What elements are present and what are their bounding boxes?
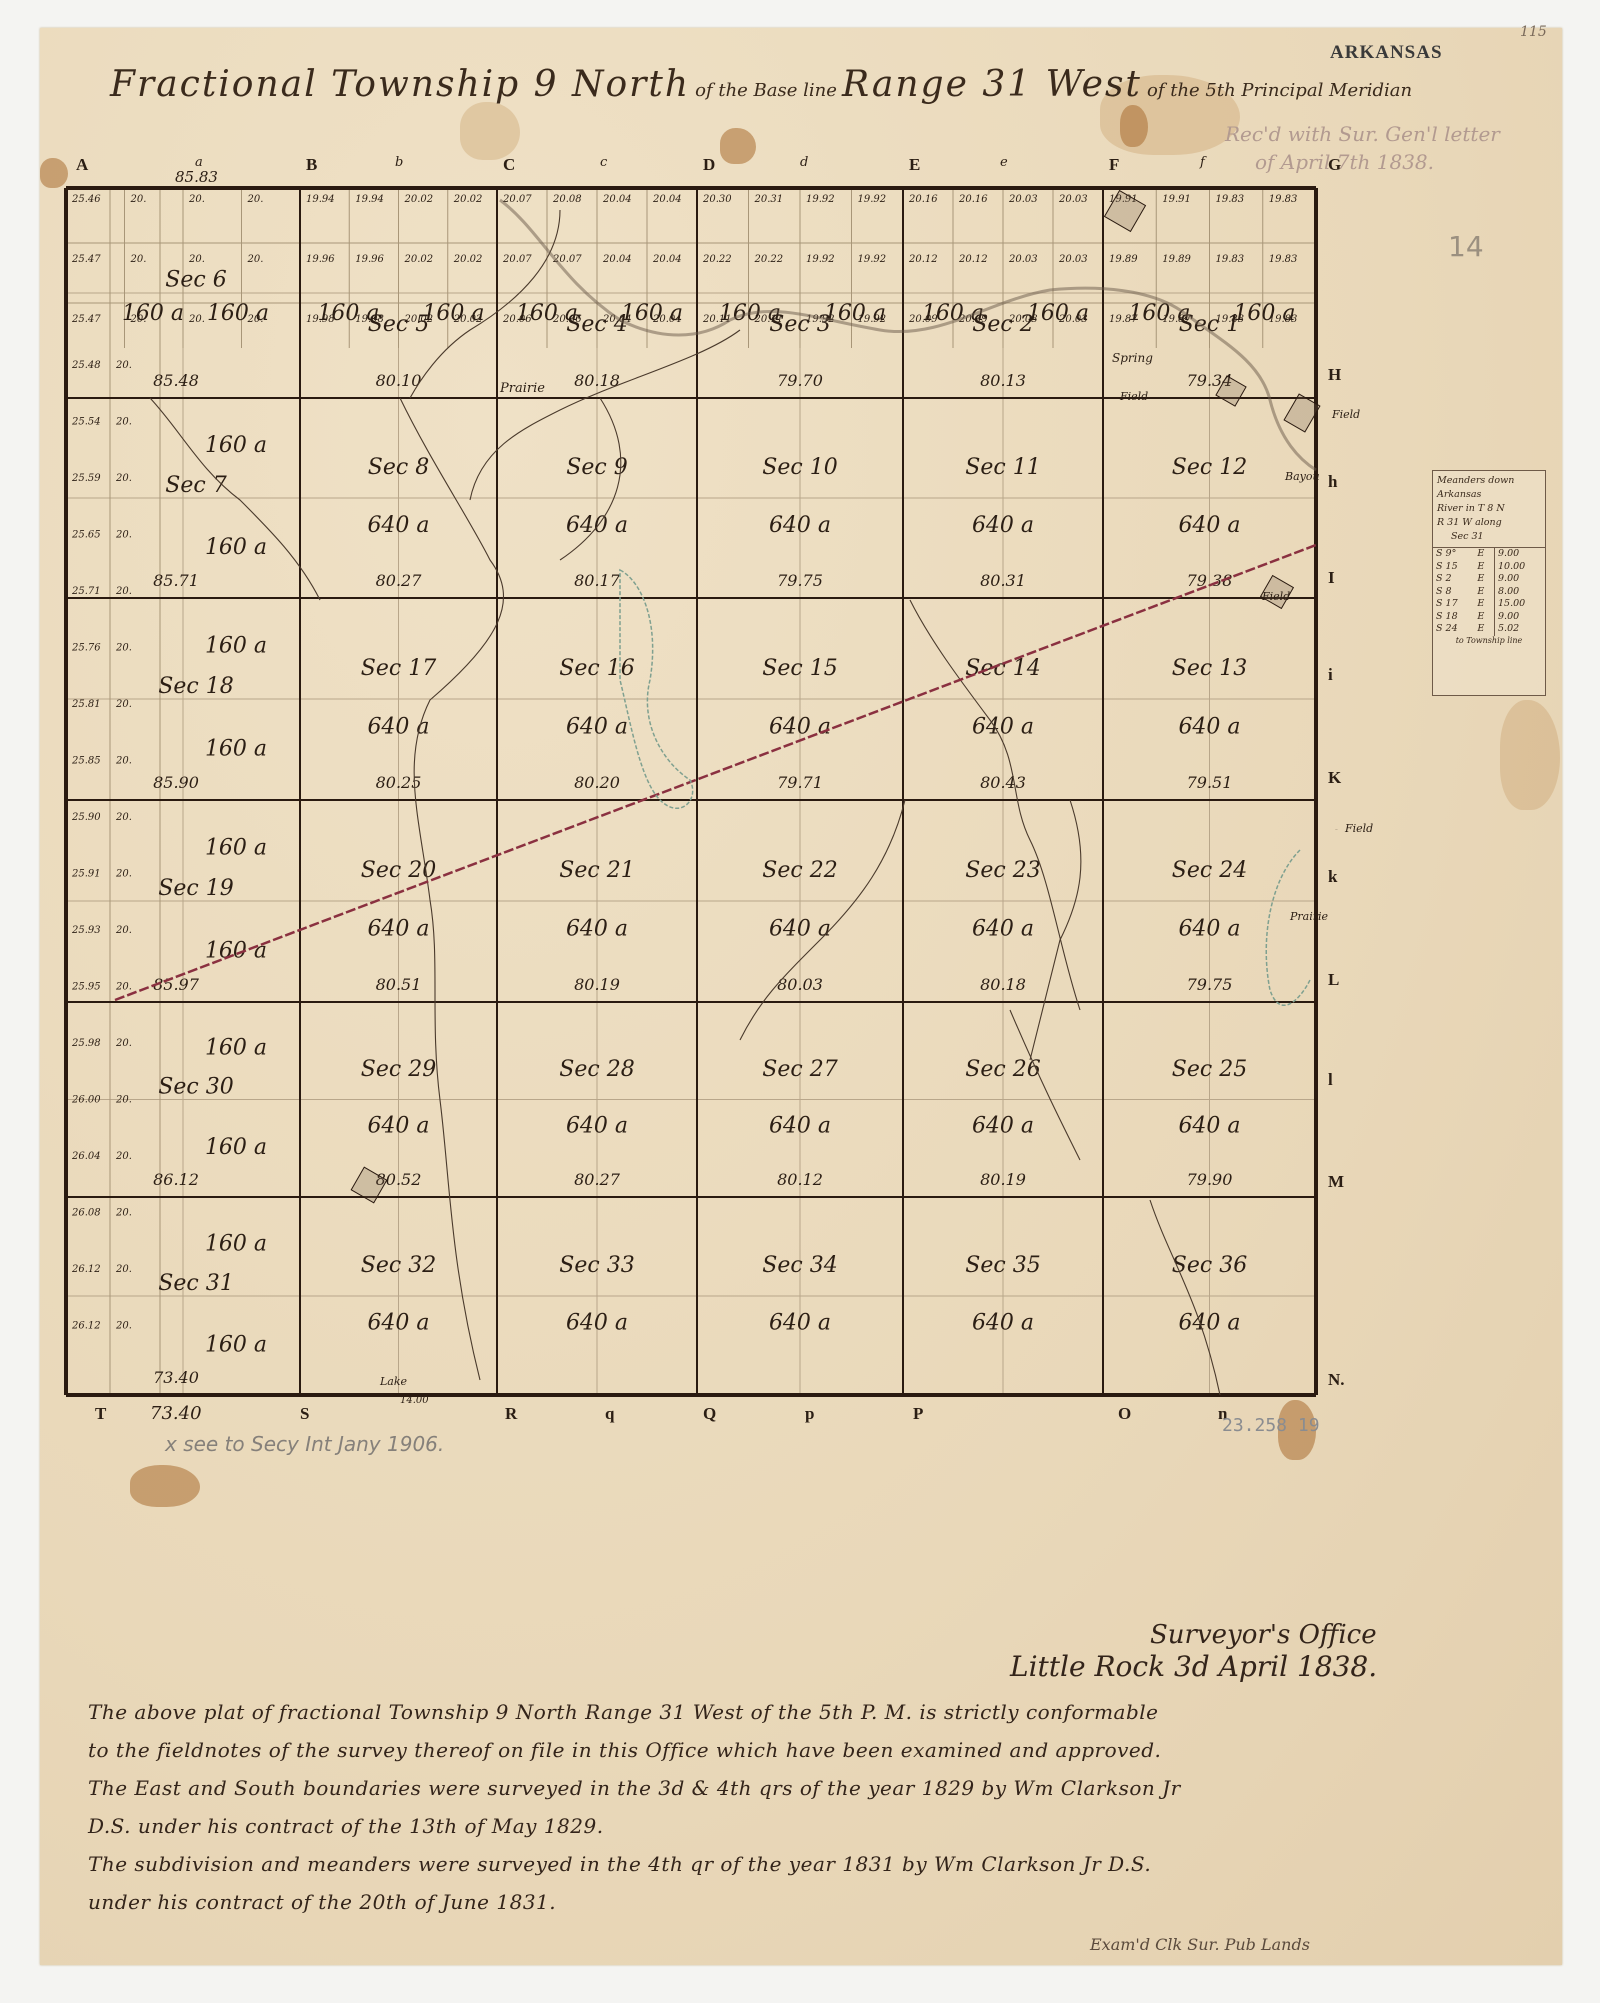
corner-label: D	[703, 155, 715, 174]
boundary-length: 85.83	[175, 168, 218, 186]
corner-label: G	[1328, 155, 1341, 174]
lot-area: 20.	[115, 473, 132, 484]
lot-area: 20.	[115, 360, 132, 371]
section-acres: 640 a	[1178, 916, 1240, 941]
section-number: Sec 29	[361, 1057, 436, 1082]
corner-label: O	[1118, 1404, 1131, 1423]
certificate-line: under his contract of the 20th of June 1…	[88, 1890, 556, 1914]
lot-area: 19.94	[306, 194, 335, 205]
lot-area: 20.04	[652, 194, 682, 205]
meander-dir: E	[1474, 623, 1494, 636]
lot-area: 20.	[130, 194, 147, 205]
lot-area: 20.07	[502, 254, 532, 265]
section-area: 80.19	[574, 975, 620, 994]
accession-number: 23.258 19	[1222, 1415, 1320, 1436]
meanders-table: Meanders down Arkansas River in T 8 N R …	[1432, 470, 1546, 696]
lot-area: 19.92	[858, 194, 887, 205]
meanders-header-line: Meanders down	[1437, 474, 1541, 488]
lot-area: 26.04	[71, 1151, 101, 1162]
corner-label: Q	[703, 1404, 716, 1423]
examiner-signature: Exam'd Clk Sur. Pub Lands	[1090, 1935, 1310, 1954]
lot-area: 20.	[115, 925, 132, 936]
section-area: 79.51	[1187, 773, 1233, 792]
lot-area: 25.59	[71, 473, 101, 484]
corner-label: i	[1328, 665, 1333, 684]
meanders-header-line: Sec 31	[1437, 530, 1541, 544]
lot-area: 20.	[247, 194, 264, 205]
section-area: 80.20	[574, 773, 620, 792]
section-number: Sec 35	[965, 1253, 1040, 1278]
lot-area: 20.22	[702, 254, 732, 265]
section-number: Sec 17	[361, 656, 436, 681]
section-acres: 640 a	[769, 1311, 831, 1336]
corner-label: M	[1328, 1172, 1344, 1191]
corner-label: k	[1328, 867, 1338, 886]
meander-dist: 15.00	[1495, 598, 1546, 611]
section-acres: 160 a	[205, 1332, 267, 1357]
section-acres: 160 a	[205, 433, 267, 458]
lot-area: 20.	[115, 812, 132, 823]
lot-area: 20.	[115, 699, 132, 710]
lot-area: 20.	[247, 254, 264, 265]
corner-label: N.	[1328, 1370, 1345, 1389]
stream-line	[150, 398, 320, 600]
meander-course: S 2	[1433, 573, 1474, 586]
lot-area: 26.08	[71, 1208, 101, 1219]
lot-area: 20.04	[602, 194, 632, 205]
meander-course: S 8	[1433, 586, 1474, 599]
lot-area: 20.	[130, 254, 147, 265]
lot-area: 20.	[115, 1038, 132, 1049]
section-number: Sec 34	[762, 1253, 837, 1278]
section-acres: 640 a	[367, 1311, 429, 1336]
lot-area: 20.	[188, 194, 205, 205]
section-number: Sec 36	[1172, 1253, 1247, 1278]
meander-course: S 15	[1433, 561, 1474, 574]
section-number: Sec 16	[559, 656, 634, 681]
lot-area: 19.92	[806, 194, 835, 205]
section-area: 79.75	[1187, 975, 1233, 994]
meander-row: S 2E9.00	[1433, 573, 1545, 586]
corner-label: R	[505, 1404, 518, 1423]
section-acres: 160 a	[122, 301, 184, 326]
section-acres: 640 a	[566, 916, 628, 941]
section-number: Sec 9	[566, 455, 627, 480]
corner-label: C	[503, 155, 515, 174]
lot-area: 20.31	[754, 194, 784, 205]
lot-area: 25.65	[71, 530, 101, 541]
lot-area: 26.00	[71, 1095, 101, 1106]
lot-area: 20.02	[404, 254, 434, 265]
lot-area: 26.12	[71, 1321, 101, 1332]
meander-course: S 24	[1433, 623, 1474, 636]
certificate-line: The East and South boundaries were surve…	[88, 1776, 1181, 1800]
boundary-length: 73.40	[150, 1403, 202, 1424]
meander-dist: 9.00	[1495, 611, 1546, 624]
lot-area: 25.85	[71, 756, 101, 767]
section-acres: 160 a	[422, 301, 484, 326]
lot-area: 20.	[115, 530, 132, 541]
corner-label: B	[306, 155, 317, 174]
meander-row: S 15E10.00	[1433, 561, 1545, 574]
section-acres: 640 a	[1178, 1311, 1240, 1336]
lot-area: 25.98	[71, 1038, 101, 1049]
corner-label: E	[909, 155, 920, 174]
lot-area: 25.81	[71, 699, 101, 710]
meander-dist: 8.00	[1495, 586, 1546, 599]
corner-label: c	[600, 155, 608, 170]
lot-area: 20.30	[702, 194, 732, 205]
lot-area: 25.90	[71, 812, 101, 823]
section-acres: 640 a	[972, 714, 1034, 739]
section-acres: 640 a	[972, 916, 1034, 941]
section-area: 79.90	[1187, 1170, 1233, 1189]
corner-label: p	[805, 1404, 814, 1423]
lot-area: 20.16	[908, 194, 938, 205]
lot-area: 25.47	[71, 254, 101, 265]
corner-label: A	[76, 155, 89, 174]
lot-area: 20.	[115, 417, 132, 428]
section-acres: 160 a	[205, 634, 267, 659]
section-number: Sec 26	[965, 1057, 1040, 1082]
section-acres: 160 a	[205, 939, 267, 964]
section-number: Sec 27	[762, 1057, 837, 1082]
section-area: 79.70	[777, 371, 823, 390]
meander-row: S 9°E9.00	[1433, 548, 1545, 561]
section-number: Sec 18	[158, 674, 233, 699]
section-acres: 640 a	[566, 1114, 628, 1139]
section-number: Sec 33	[559, 1253, 634, 1278]
place-label: Lake	[379, 1375, 408, 1388]
lot-area: 20.03	[1058, 254, 1088, 265]
section-number: Sec 24	[1172, 858, 1247, 883]
section-acres: 160 a	[824, 301, 886, 326]
section-acres: 160 a	[1128, 301, 1190, 326]
meander-dir: E	[1474, 561, 1494, 574]
lot-area: 20.12	[908, 254, 938, 265]
corner-label: P	[913, 1404, 923, 1423]
place-label: Prairie	[1289, 910, 1329, 923]
corner-label: S	[300, 1404, 309, 1423]
section-number: Sec 8	[368, 455, 429, 480]
section-area: 80.27	[574, 1170, 621, 1189]
place-label: Field	[1344, 822, 1373, 835]
lot-area: 19.96	[306, 254, 335, 265]
lot-area: 25.54	[71, 417, 101, 428]
section-acres: 160 a	[205, 535, 267, 560]
section-area: 86.12	[153, 1170, 199, 1189]
prairie-outline	[1266, 850, 1310, 1005]
section-area: 85.90	[153, 773, 199, 792]
corner-label: T	[95, 1404, 107, 1423]
section-number: Sec 28	[559, 1057, 634, 1082]
corner-label: I	[1328, 568, 1335, 587]
section-acres: 640 a	[367, 1114, 429, 1139]
section-acres: 160 a	[205, 1135, 267, 1160]
lot-area: 20.	[115, 1208, 132, 1219]
lot-area: 19.91	[1162, 194, 1191, 205]
meanders-header-line: R 31 W along	[1437, 516, 1541, 530]
meander-dist: 9.00	[1495, 548, 1546, 561]
certificate-line: D.S. under his contract of the 13th of M…	[88, 1814, 604, 1838]
meanders-footer: to Township line	[1433, 636, 1545, 645]
lot-area: 20.03	[1058, 194, 1088, 205]
section-area: 80.18	[980, 975, 1026, 994]
place-label: Spring	[1112, 351, 1153, 365]
lot-area: 25.46	[71, 194, 101, 205]
lot-area: 19.96	[355, 254, 384, 265]
section-number: Sec 14	[965, 656, 1040, 681]
corner-label: b	[395, 155, 403, 170]
section-acres: 640 a	[972, 1114, 1034, 1139]
section-area: 80.31	[980, 571, 1026, 590]
lot-area: 25.48	[71, 360, 101, 371]
section-acres: 160 a	[317, 301, 379, 326]
lot-area: 20.03	[1008, 254, 1038, 265]
corner-label: e	[1000, 155, 1008, 170]
section-number: Sec 32	[361, 1253, 436, 1278]
section-number: Sec 19	[158, 876, 233, 901]
place-label: Field	[1119, 390, 1148, 403]
section-acres: 640 a	[566, 1311, 628, 1336]
meander-row: S 18E9.00	[1433, 611, 1545, 624]
certificate-line: The above plat of fractional Township 9 …	[88, 1700, 1159, 1724]
meander-dist: 9.00	[1495, 573, 1546, 586]
lot-area: 20.03	[1008, 194, 1038, 205]
lot-area: 25.95	[71, 982, 101, 993]
section-number: Sec 25	[1172, 1057, 1247, 1082]
surveyor-office: Surveyor's Office	[1150, 1620, 1377, 1650]
section-area: 79.75	[777, 571, 823, 590]
section-acres: 160 a	[205, 737, 267, 762]
lot-area: 20.	[115, 1321, 132, 1332]
corner-label: l	[1328, 1070, 1333, 1089]
lot-area: 25.76	[71, 643, 101, 654]
section-number: Sec 6	[165, 268, 226, 293]
corner-label: L	[1328, 970, 1339, 989]
section-number: Sec 23	[965, 858, 1040, 883]
lot-area: 20.16	[958, 194, 988, 205]
section-acres: 160 a	[207, 301, 269, 326]
section-area: 79.71	[777, 773, 823, 792]
section-acres: 640 a	[566, 513, 628, 538]
place-date: Little Rock 3d April 1838.	[1010, 1650, 1377, 1683]
meander-dir: E	[1474, 586, 1494, 599]
section-area: 80.10	[376, 371, 422, 390]
lot-area: 20.04	[602, 254, 632, 265]
lot-area: 19.83	[1216, 194, 1245, 205]
lot-area: 19.92	[806, 254, 835, 265]
section-area: 80.12	[777, 1170, 823, 1189]
corner-label: K	[1328, 768, 1342, 787]
corner-label: q	[605, 1404, 615, 1423]
section-acres: 640 a	[1178, 1114, 1240, 1139]
section-acres: 640 a	[769, 714, 831, 739]
section-number: Sec 11	[965, 455, 1040, 480]
meanders-header-line: River in T 8 N	[1437, 502, 1541, 516]
pencil-note: x see to Secy Int Jany 1906.	[165, 1432, 444, 1456]
lot-area: 20.04	[652, 254, 682, 265]
lot-area: 25.71	[71, 586, 101, 597]
stream-line	[400, 398, 504, 1380]
lot-area: 20.	[115, 982, 132, 993]
section-number: Sec 21	[559, 858, 634, 883]
place-label: Bayou	[1284, 470, 1320, 483]
section-acres: 160 a	[621, 301, 683, 326]
meander-course: S 17	[1433, 598, 1474, 611]
section-acres: 640 a	[769, 1114, 831, 1139]
lake-area: 14.00	[400, 1395, 429, 1406]
correction-line	[115, 545, 1316, 1000]
lot-area: 20.	[115, 1264, 132, 1275]
section-acres: 160 a	[1027, 301, 1089, 326]
corner-label: H	[1328, 365, 1341, 384]
meanders-rows: S 9°E9.00S 15E10.00S 2E9.00S 8E8.00S 17E…	[1433, 548, 1545, 636]
section-acres: 160 a	[205, 1036, 267, 1061]
section-acres: 640 a	[972, 1311, 1034, 1336]
corner-label: F	[1109, 155, 1119, 174]
lot-area: 20.08	[552, 194, 582, 205]
lot-area: 20.	[115, 586, 132, 597]
section-acres: 640 a	[367, 916, 429, 941]
section-area: 80.13	[980, 371, 1026, 390]
section-number: Sec 31	[158, 1271, 233, 1296]
meander-dir: E	[1474, 598, 1494, 611]
lot-area: 20.02	[404, 194, 434, 205]
meander-dir: E	[1474, 611, 1494, 624]
place-label: Prairie	[499, 381, 545, 396]
lot-area: 19.92	[858, 254, 887, 265]
section-number: Sec 12	[1172, 455, 1247, 480]
meanders-header: Meanders down Arkansas River in T 8 N R …	[1433, 471, 1545, 548]
lot-area: 20.	[115, 1095, 132, 1106]
lot-area: 19.94	[355, 194, 384, 205]
lot-area: 20.12	[958, 254, 988, 265]
section-acres: 640 a	[769, 513, 831, 538]
section-acres: 160 a	[1233, 301, 1295, 326]
prairie-outline	[620, 570, 693, 808]
section-number: Sec 22	[762, 858, 837, 883]
section-area: 80.43	[980, 773, 1026, 792]
corner-label: f	[1199, 155, 1207, 170]
meander-dir: E	[1474, 548, 1494, 561]
place-label: Road	[1334, 829, 1338, 831]
section-number: Sec 7	[165, 473, 226, 498]
section-acres: 160 a	[516, 301, 578, 326]
lot-area: 19.89	[1109, 254, 1138, 265]
lot-area: 20.	[115, 1151, 132, 1162]
meander-dist: 10.00	[1495, 561, 1546, 574]
meander-course: S 18	[1433, 611, 1474, 624]
meander-dist: 5.02	[1495, 623, 1546, 636]
corner-label: d	[800, 155, 808, 170]
lot-area: 20.	[115, 869, 132, 880]
stream-line	[1030, 800, 1081, 1060]
section-area: 73.40	[153, 1368, 199, 1387]
lot-area: 25.47	[71, 314, 101, 325]
section-acres: 160 a	[205, 836, 267, 861]
section-area: 80.27	[376, 571, 423, 590]
lot-area: 20.	[115, 756, 132, 767]
lot-area: 20.22	[754, 254, 784, 265]
section-area: 80.51	[376, 975, 422, 994]
lot-area: 20.	[115, 643, 132, 654]
section-area: 80.19	[980, 1170, 1026, 1189]
place-label: Field	[1331, 408, 1360, 421]
lot-area: 20.	[188, 254, 205, 265]
section-number: Sec 15	[762, 656, 837, 681]
section-acres: 640 a	[566, 714, 628, 739]
section-acres: 640 a	[367, 513, 429, 538]
meander-dir: E	[1474, 573, 1494, 586]
meander-row: S 17E15.00	[1433, 598, 1545, 611]
lot-area: 19.83	[1216, 254, 1245, 265]
section-acres: 640 a	[1178, 714, 1240, 739]
lot-area: 19.83	[1269, 254, 1298, 265]
lot-area: 20.02	[453, 194, 483, 205]
lot-area: 20.02	[453, 254, 483, 265]
section-area: 80.17	[574, 571, 621, 590]
section-acres: 640 a	[1178, 513, 1240, 538]
meanders-header-line: Arkansas	[1437, 488, 1541, 502]
section-area: 85.48	[153, 371, 199, 390]
lot-area: 20.	[188, 314, 205, 325]
lot-area: 19.89	[1162, 254, 1191, 265]
lot-area: 19.83	[1269, 194, 1298, 205]
certificate-line: The subdivision and meanders were survey…	[88, 1852, 1151, 1876]
section-acres: 160 a	[205, 1231, 267, 1256]
lot-area: 25.91	[71, 869, 101, 880]
section-acres: 640 a	[972, 513, 1034, 538]
section-area: 85.71	[153, 571, 199, 590]
certificate-line: to the fieldnotes of the survey thereof …	[88, 1738, 1161, 1762]
corner-label: h	[1328, 472, 1338, 491]
section-number: Sec 30	[158, 1075, 233, 1100]
meander-row: S 24E5.02	[1433, 623, 1545, 636]
lot-area: 26.12	[71, 1264, 101, 1275]
place-label: Field	[1261, 590, 1290, 603]
lot-area: 25.93	[71, 925, 101, 936]
meander-course: S 9°	[1433, 548, 1474, 561]
meander-row: S 8E8.00	[1433, 586, 1545, 599]
section-number: Sec 13	[1172, 656, 1247, 681]
section-number: Sec 10	[762, 455, 837, 480]
